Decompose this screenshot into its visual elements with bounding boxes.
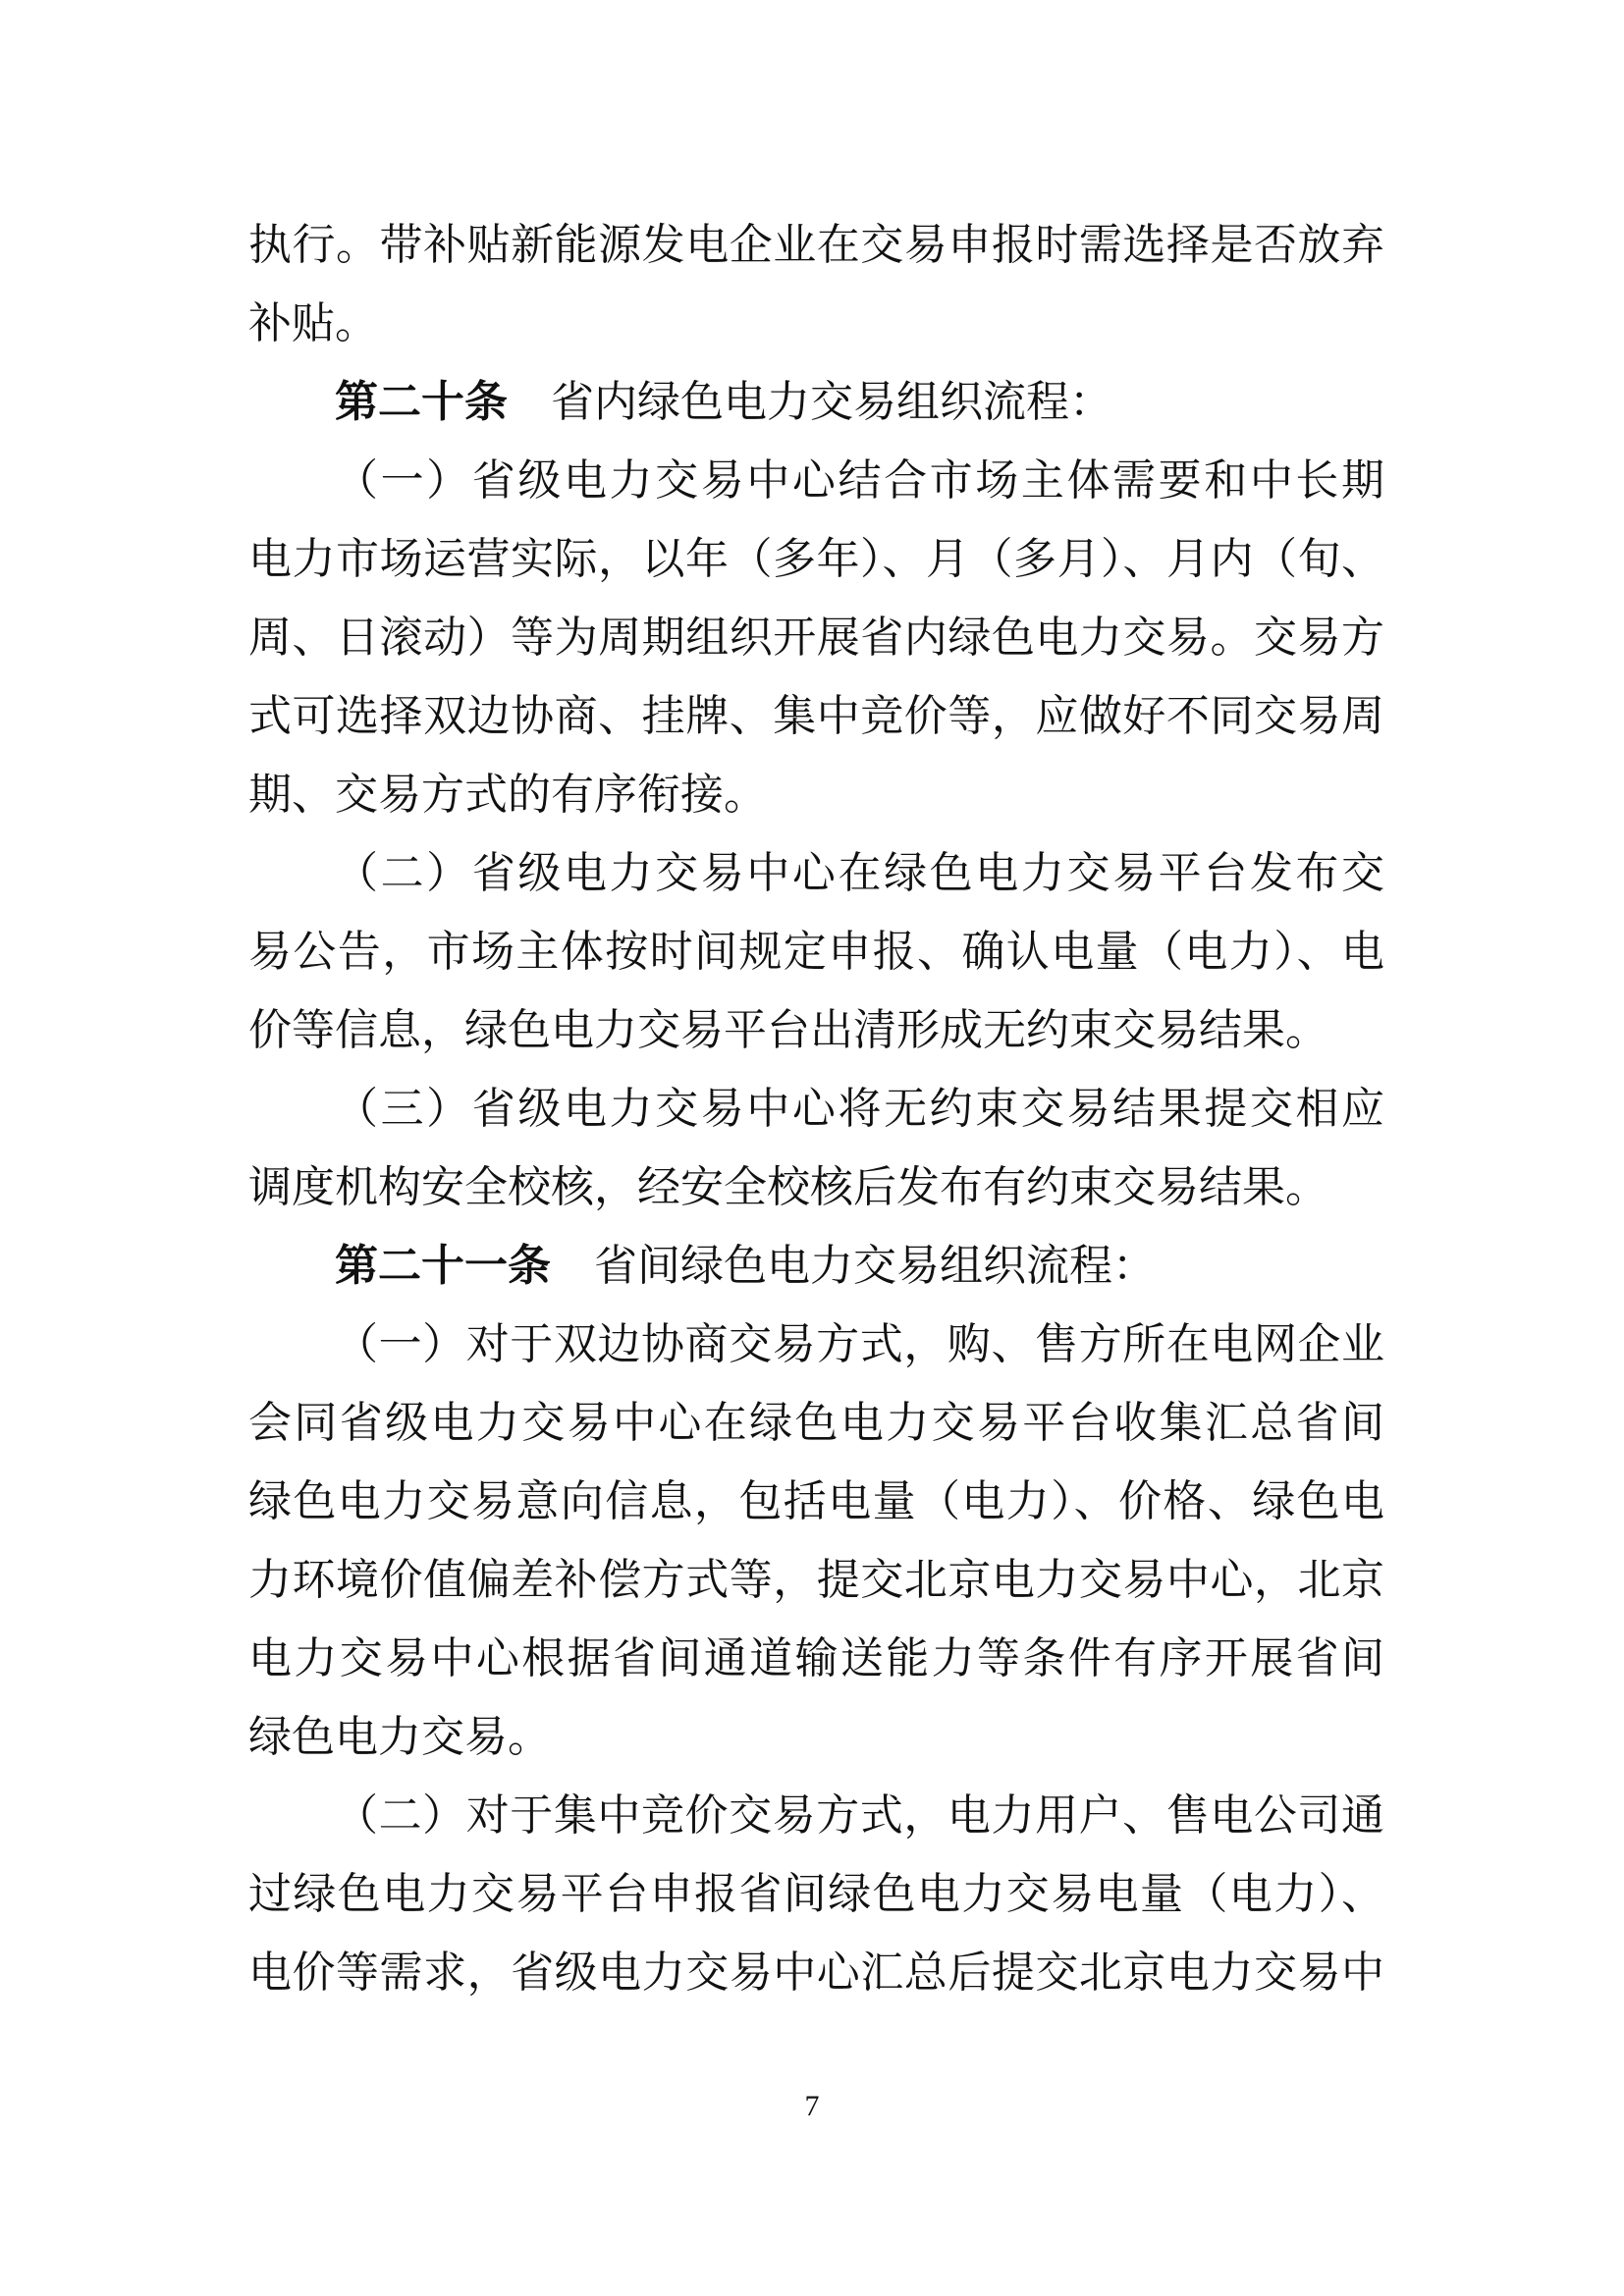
text-line: （二）对于集中竞价交易方式，电力用户、售电公司通 [248, 1777, 1384, 1855]
text-line: 过绿色电力交易平台申报省间绿色电力交易电量（电力）、 [248, 1855, 1384, 1934]
text-line: 补贴。 [248, 285, 1384, 363]
document-page: 执行。带补贴新能源发电企业在交易申报时需选择是否放弃 补贴。 第二十条 省内绿色… [0, 0, 1624, 2296]
line-text: 绿色电力交易。 [248, 1713, 551, 1761]
text-line: 电力市场运营实际，以年（多年）、月（多月）、月内（旬、 [248, 520, 1384, 599]
text-line: （一）对于双边协商交易方式，购、售方所在电网企业 [248, 1306, 1384, 1384]
text-line: 期、交易方式的有序衔接。 [248, 756, 1384, 834]
line-text: 期、交易方式的有序衔接。 [248, 771, 767, 819]
document-body: 执行。带补贴新能源发电企业在交易申报时需选择是否放弃 补贴。 第二十条 省内绿色… [248, 206, 1384, 2012]
line-text: （一）省级电力交易中心结合市场主体需要和中长期 [335, 456, 1384, 505]
line-text: （一）对于双边协商交易方式，购、售方所在电网企业 [335, 1320, 1384, 1368]
line-text: （三）省级电力交易中心将无约束交易结果提交相应 [335, 1085, 1384, 1133]
text-line: 电价等需求，省级电力交易中心汇总后提交北京电力交易中 [248, 1934, 1384, 2012]
line-text: 电力交易中心根据省间通道输送能力等条件有序开展省间 [248, 1634, 1384, 1682]
line-text: 绿色电力交易意向信息，包括电量（电力）、价格、绿色电 [248, 1477, 1384, 1525]
text-line: （三）省级电力交易中心将无约束交易结果提交相应 [248, 1070, 1384, 1148]
text-line: 会同省级电力交易中心在绿色电力交易平台收集汇总省间 [248, 1384, 1384, 1463]
line-text: 电价等需求，省级电力交易中心汇总后提交北京电力交易中 [248, 1949, 1384, 1997]
text-line: 力环境价值偏差补偿方式等，提交北京电力交易中心，北京 [248, 1541, 1384, 1620]
line-text: 易公告，市场主体按时间规定申报、确认电量（电力）、电 [248, 928, 1384, 976]
text-line: 周、日滚动）等为周期组织开展省内绿色电力交易。交易方 [248, 599, 1384, 677]
line-text: （二）省级电力交易中心在绿色电力交易平台发布交 [335, 849, 1384, 897]
line-text: 补贴。 [248, 299, 378, 347]
line-text: （二）对于集中竞价交易方式，电力用户、售电公司通 [335, 1791, 1384, 1840]
text-line: （一）省级电力交易中心结合市场主体需要和中长期 [248, 442, 1384, 520]
text-line: 易公告，市场主体按时间规定申报、确认电量（电力）、电 [248, 913, 1384, 991]
text-line: 价等信息，绿色电力交易平台出清形成无约束交易结果。 [248, 991, 1384, 1070]
line-text: 执行。带补贴新能源发电企业在交易申报时需选择是否放弃 [248, 221, 1384, 269]
article-heading: 第二十条 省内绿色电力交易组织流程： [248, 363, 1384, 442]
text-line: 绿色电力交易。 [248, 1698, 1384, 1777]
text-line: 电力交易中心根据省间通道输送能力等条件有序开展省间 [248, 1620, 1384, 1698]
text-line: 绿色电力交易意向信息，包括电量（电力）、价格、绿色电 [248, 1463, 1384, 1541]
article-title: 省内绿色电力交易组织流程： [508, 378, 1112, 426]
article-heading: 第二十一条 省间绿色电力交易组织流程： [248, 1227, 1384, 1306]
line-text: 周、日滚动）等为周期组织开展省内绿色电力交易。交易方 [248, 614, 1384, 662]
line-text: 会同省级电力交易中心在绿色电力交易平台收集汇总省间 [248, 1399, 1384, 1447]
line-text: 式可选择双边协商、挂牌、集中竞价等，应做好不同交易周 [248, 692, 1384, 740]
article-number: 第二十条 [335, 378, 508, 426]
line-text: 价等信息，绿色电力交易平台出清形成无约束交易结果。 [248, 1006, 1328, 1054]
text-line: 执行。带补贴新能源发电企业在交易申报时需选择是否放弃 [248, 206, 1384, 285]
line-text: 调度机构安全校核，经安全校核后发布有约束交易结果。 [248, 1163, 1328, 1211]
text-line: 调度机构安全校核，经安全校核后发布有约束交易结果。 [248, 1148, 1384, 1227]
line-text: 过绿色电力交易平台申报省间绿色电力交易电量（电力）、 [248, 1870, 1384, 1918]
page-number: 7 [0, 2083, 1624, 2130]
article-number: 第二十一条 [335, 1242, 551, 1290]
line-text: 电力市场运营实际，以年（多年）、月（多月）、月内（旬、 [248, 535, 1384, 583]
article-title: 省间绿色电力交易组织流程： [551, 1242, 1156, 1290]
text-line: 式可选择双边协商、挂牌、集中竞价等，应做好不同交易周 [248, 677, 1384, 756]
text-line: （二）省级电力交易中心在绿色电力交易平台发布交 [248, 834, 1384, 913]
line-text: 力环境价值偏差补偿方式等，提交北京电力交易中心，北京 [248, 1556, 1384, 1604]
